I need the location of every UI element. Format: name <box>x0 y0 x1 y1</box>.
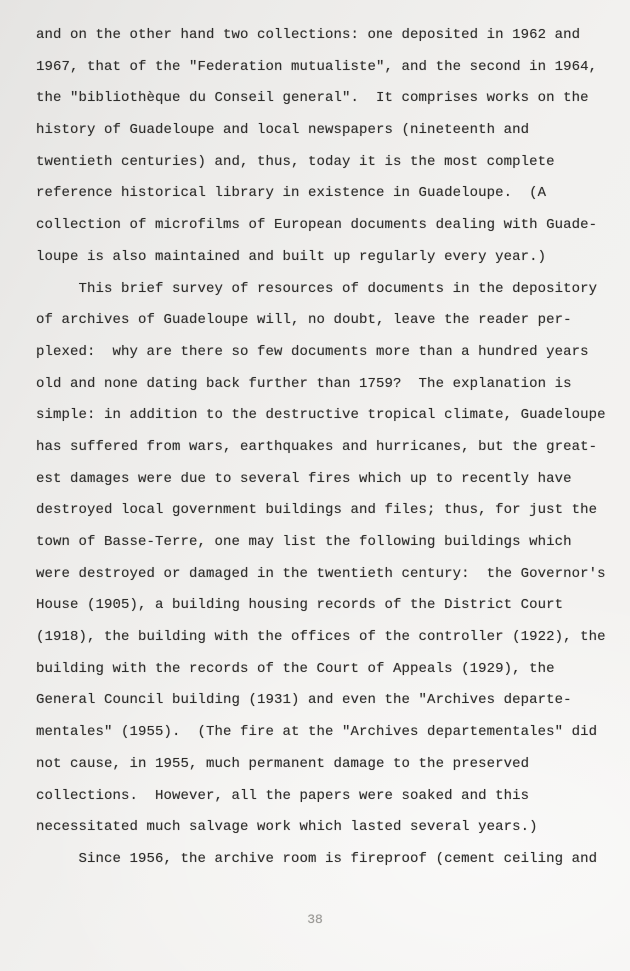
text-line: collections. However, all the papers wer… <box>36 781 630 813</box>
text-line: not cause, in 1955, much permanent damag… <box>36 749 630 781</box>
page-number: 38 <box>0 912 630 927</box>
text-line: collection of microfilms of European doc… <box>36 210 630 242</box>
text-line: This brief survey of resources of docume… <box>36 274 630 306</box>
text-line: Since 1956, the archive room is fireproo… <box>36 844 630 876</box>
body-text: and on the other hand two collections: o… <box>36 20 630 876</box>
text-line: of archives of Guadeloupe will, no doubt… <box>36 305 630 337</box>
text-line: necessitated much salvage work which las… <box>36 812 630 844</box>
text-line: General Council building (1931) and even… <box>36 685 630 717</box>
text-line: destroyed local government buildings and… <box>36 495 630 527</box>
text-line: simple: in addition to the destructive t… <box>36 400 630 432</box>
text-line: has suffered from wars, earthquakes and … <box>36 432 630 464</box>
text-line: were destroyed or damaged in the twentie… <box>36 559 630 591</box>
text-line: (1918), the building with the offices of… <box>36 622 630 654</box>
document-page: and on the other hand two collections: o… <box>0 0 630 971</box>
text-line: twentieth centuries) and, thus, today it… <box>36 147 630 179</box>
text-line: the "bibliothèque du Conseil general". I… <box>36 83 630 115</box>
text-line: est damages were due to several fires wh… <box>36 464 630 496</box>
text-line: building with the records of the Court o… <box>36 654 630 686</box>
text-line: plexed: why are there so few documents m… <box>36 337 630 369</box>
text-line: history of Guadeloupe and local newspape… <box>36 115 630 147</box>
text-line: 1967, that of the "Federation mutualiste… <box>36 52 630 84</box>
text-line: and on the other hand two collections: o… <box>36 20 630 52</box>
text-line: loupe is also maintained and built up re… <box>36 242 630 274</box>
text-line: reference historical library in existenc… <box>36 178 630 210</box>
text-line: old and none dating back further than 17… <box>36 369 630 401</box>
text-line: House (1905), a building housing records… <box>36 590 630 622</box>
text-line: mentales" (1955). (The fire at the "Arch… <box>36 717 630 749</box>
text-line: town of Basse-Terre, one may list the fo… <box>36 527 630 559</box>
